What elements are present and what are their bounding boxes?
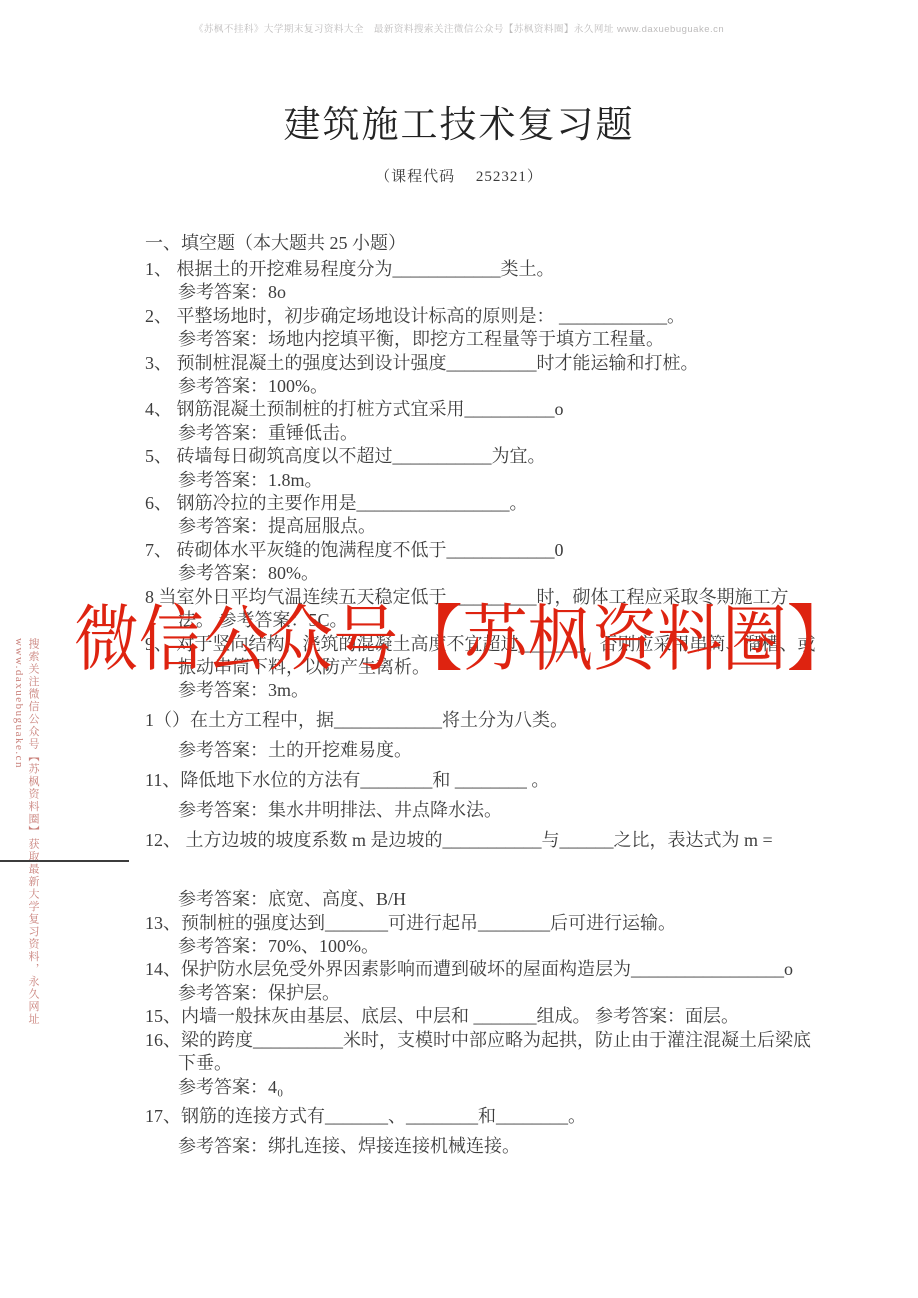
document-line: 17、钢筋的连接方式有_______、________和________。 <box>145 1105 855 1128</box>
document-line: 14、保护防水层免受外界因素影响而遭到破坏的屋面构造层为____________… <box>145 958 855 981</box>
document-line: 参考答案：100%。 <box>145 375 855 398</box>
document-line: 7、 砖砌体水平灰缝的饱满程度不低于____________0 <box>145 539 855 562</box>
document-line: 参考答案：保护层。 <box>145 982 855 1005</box>
document-line: 参考答案：1.8m。 <box>145 469 855 492</box>
side-note-vertical-text: 搜索关注微信公众号【苏枫资料圈】获取最新大学复习资料，永久网址 www.daxu… <box>13 638 41 1108</box>
document-line: 参考答案：70%、100%。 <box>145 935 855 958</box>
document-line: 参考答案：场地内挖填平衡，即挖方工程量等于填方工程量。 <box>145 328 855 351</box>
document-line: 15、内墙一般抹灰由基层、底层、中层和 _______组成。 参考答案：面层。 <box>145 1005 855 1028</box>
document-page: 《苏枫不挂科》大学期末复习资料大全 最新资料搜索关注微信公众号【苏枫资料圈】永久… <box>0 0 918 1298</box>
header-note: 《苏枫不挂科》大学期末复习资料大全 最新资料搜索关注微信公众号【苏枫资料圈】永久… <box>0 21 918 35</box>
document-line: 参考答案：提高屈服点。 <box>145 515 855 538</box>
document-line: 参考答案：重锤低击。 <box>145 422 855 445</box>
document-body: 一、填空题（本大题共 25 小题） 1、 根据土的开挖难易程度分为_______… <box>145 229 855 1159</box>
document-line: 参考答案：8o <box>145 281 855 304</box>
document-line: 13、预制桩的强度达到_______可进行起吊________后可进行运输。 <box>145 912 855 935</box>
document-line: 1、 根据土的开挖难易程度分为____________类土。 <box>145 258 855 281</box>
document-line: 2、 平整场地时，初步确定场地设计标高的原则是： ____________。 <box>145 305 855 328</box>
document-line: 参考答案：4₀ <box>145 1076 855 1099</box>
document-line: 参考答案：土的开挖难易度。 <box>145 739 855 762</box>
document-line: 16、梁的跨度__________米时，支模时中部应略为起拱，防止由于灌注混凝土… <box>145 1029 855 1052</box>
document-line: 参考答案：3m。 <box>145 679 855 702</box>
course-code: （课程代码 252321） <box>0 165 918 186</box>
footnote-rule <box>0 860 129 862</box>
document-line: 参考答案：绑扎连接、焊接连接机械连接。 <box>145 1135 855 1158</box>
document-line: 参考答案：集水井明排法、井点降水法。 <box>145 799 855 822</box>
document-line: 参考答案：80%。 <box>145 562 855 585</box>
document-line: 4、 钢筋混凝土预制桩的打桩方式宜采用__________o <box>145 398 855 421</box>
document-line: 5、 砖墙每日砌筑高度以不超过___________为宜。 <box>145 445 855 468</box>
document-line: 3、 预制桩混凝土的强度达到设计强度__________时才能运输和打桩。 <box>145 352 855 375</box>
document-line: 下垂。 <box>145 1052 855 1075</box>
question-list: 1、 根据土的开挖难易程度分为____________类土。参考答案：8o2、 … <box>145 258 855 1159</box>
section-heading: 一、填空题（本大题共 25 小题） <box>145 229 855 258</box>
watermark-text: 微信公众号【苏枫资料圈】 <box>74 601 852 680</box>
document-line: 1（）在土方工程中，据____________将土分为八类。 <box>145 709 855 732</box>
document-line: 参考答案：底宽、高度、B/H <box>145 888 855 911</box>
document-line: 6、 钢筋冷拉的主要作用是_________________。 <box>145 492 855 515</box>
document-line: 11、降低地下水位的方法有________和 ________ 。 <box>145 769 855 792</box>
page-title: 建筑施工技术复习题 <box>0 94 918 148</box>
document-line: 12、 土方边坡的坡度系数 m 是边坡的___________与______之比… <box>145 829 855 852</box>
